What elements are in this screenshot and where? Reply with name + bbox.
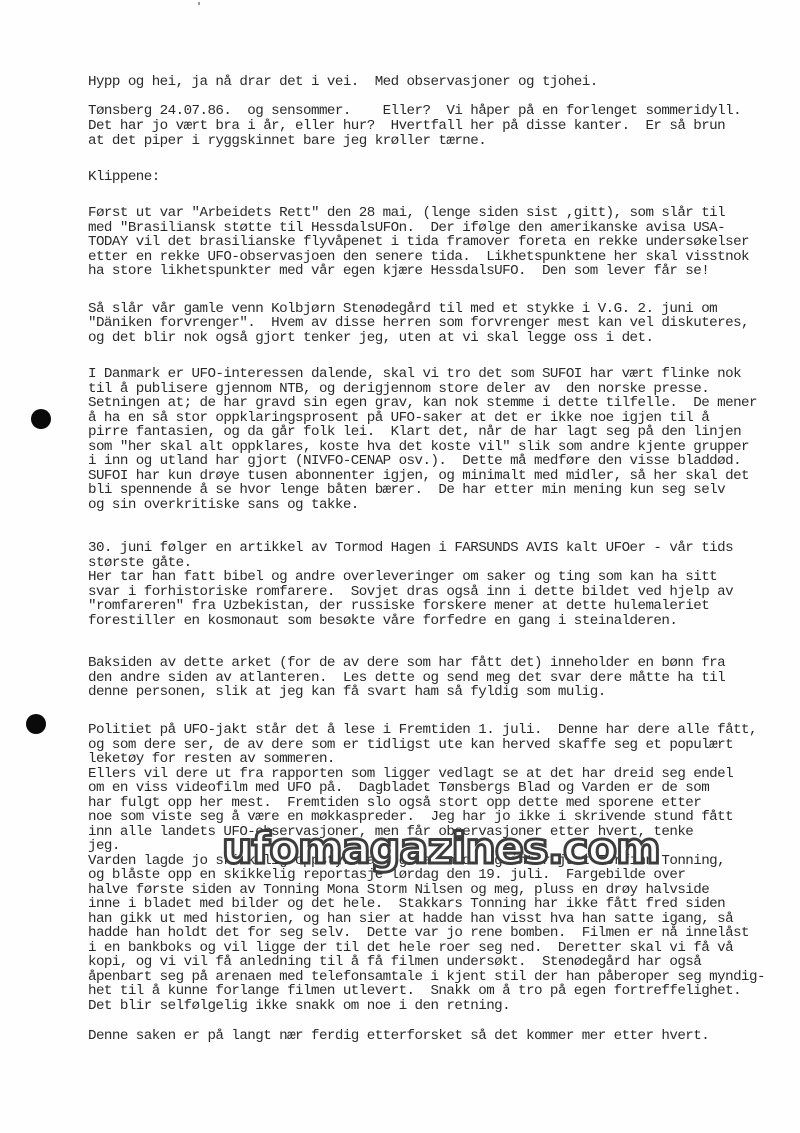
text-line: i inn og utland har gjort (NIVFO-CENAP o… xyxy=(88,454,788,469)
text-line: 30. juni følger en artikkel av Tormod Ha… xyxy=(88,541,788,556)
text-line: pirre fantasien, og da går folk lei. Kla… xyxy=(88,425,788,440)
text-line: Politiet på UFO-jakt står det å lese i F… xyxy=(88,723,788,738)
text-line: Her tar han fatt bibel og andre overleve… xyxy=(88,570,788,585)
text-line: denne personen, slik at jeg kan få svart… xyxy=(88,685,788,700)
text-line: noe som viste seg å være en møkkaspreder… xyxy=(88,810,788,825)
page-mark xyxy=(198,2,200,5)
text-line: Det har jo vært bra i år, eller hur? Hve… xyxy=(88,119,788,134)
text-line: leketøy for resten av sommeren. xyxy=(88,752,788,767)
text-line: Hypp og hei, ja nå drar det i vei. Med o… xyxy=(88,75,788,90)
text-line: hadde han holdt det for seg selv. Dette … xyxy=(88,926,788,941)
text-line: forestiller en kosmonaut som besøkte vår… xyxy=(88,614,788,629)
text-line: at det piper i ryggskinnet bare jeg krøl… xyxy=(88,134,788,149)
punch-hole-upper xyxy=(31,409,51,429)
text-line: inne i bladet med bilder og det hele. St… xyxy=(88,897,788,912)
punch-hole-lower xyxy=(26,714,46,734)
text-line: Denne saken er på langt nær ferdig etter… xyxy=(88,1029,788,1044)
text-line: Det blir selfølgelig ikke snakk om noe i… xyxy=(88,999,788,1014)
scanned-document-page: Hypp og hei, ja nå drar det i vei. Med o… xyxy=(0,0,800,1133)
text-line: kopi, og vi vil få anledning til å få fi… xyxy=(88,955,788,970)
text-line: Klippene: xyxy=(88,170,788,185)
text-line: Baksiden av dette arket (for de av dere … xyxy=(88,656,788,671)
text-line: I Danmark er UFO-interessen dalende, ska… xyxy=(88,367,788,382)
text-line: "romfareren" fra Uzbekistan, der russisk… xyxy=(88,599,788,614)
text-line: og det blir nok også gjort tenker jeg, u… xyxy=(88,331,788,346)
text-line: TODAY vil det brasilianske flyvåpenet i … xyxy=(88,235,788,250)
text-line: om en viss videofilm med UFO på. Dagblad… xyxy=(88,781,788,796)
text-line: "Däniken forvrenger". Hvem av disse herr… xyxy=(88,316,788,331)
text-line: Setningen at; de har gravd sin egen grav… xyxy=(88,396,788,411)
text-line: het til å kunne forlange filmen utlevert… xyxy=(88,984,788,999)
watermark: ufomagazines.com xyxy=(222,826,552,872)
text-line: bli spennende å se hvor lenge båten bære… xyxy=(88,483,788,498)
text-line: ha store likhetspunkter med vår egen kjæ… xyxy=(88,264,788,279)
text-line: og sin overkritiske sans og takke. xyxy=(88,498,788,513)
text-line: Først ut var "Arbeidets Rett" den 28 mai… xyxy=(88,206,788,221)
text-line: Tønsberg 24.07.86. og sensommer. Eller? … xyxy=(88,104,788,119)
